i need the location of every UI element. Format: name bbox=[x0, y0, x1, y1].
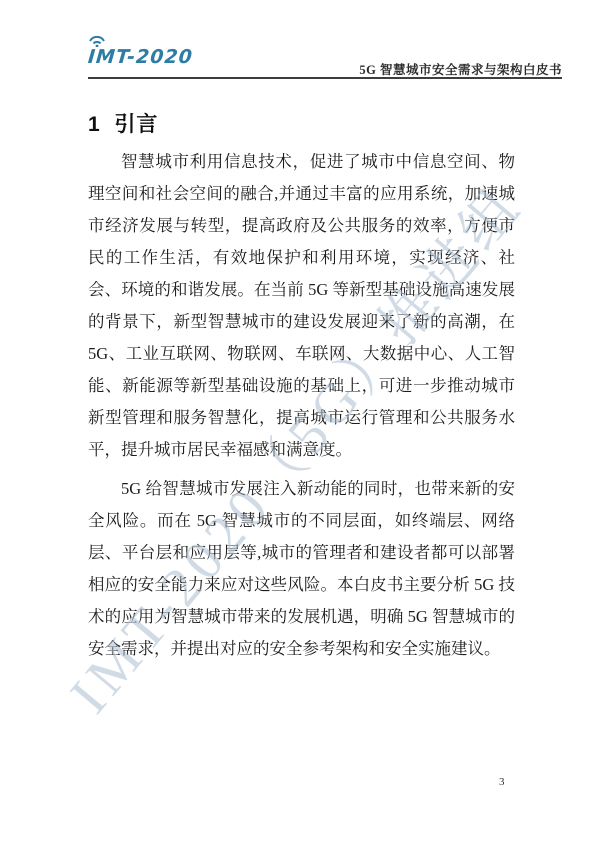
wifi-signal-icon bbox=[87, 33, 109, 47]
paragraph-2: 5G 给智慧城市发展注入新动能的同时，也带来新的安全风险。而在 5G 智慧城市的… bbox=[88, 473, 515, 665]
logo-text: IMT-2020 bbox=[87, 46, 194, 68]
header-divider bbox=[88, 77, 562, 79]
imt2020-logo: IMT-2020 bbox=[88, 36, 193, 70]
page-number: 3 bbox=[499, 776, 505, 788]
section-heading: 1 引言 bbox=[88, 108, 158, 138]
body-content: 智慧城市利用信息技术，促进了城市中信息空间、物理空间和社会空间的融合,并通过丰富… bbox=[88, 146, 515, 665]
paragraph-1: 智慧城市利用信息技术，促进了城市中信息空间、物理空间和社会空间的融合,并通过丰富… bbox=[88, 146, 515, 466]
header-title: 5G 智慧城市安全需求与架构白皮书 bbox=[359, 60, 562, 78]
document-page: IMT-2020 5G 智慧城市安全需求与架构白皮书 1 引言 智慧城市利用信息… bbox=[0, 0, 600, 848]
